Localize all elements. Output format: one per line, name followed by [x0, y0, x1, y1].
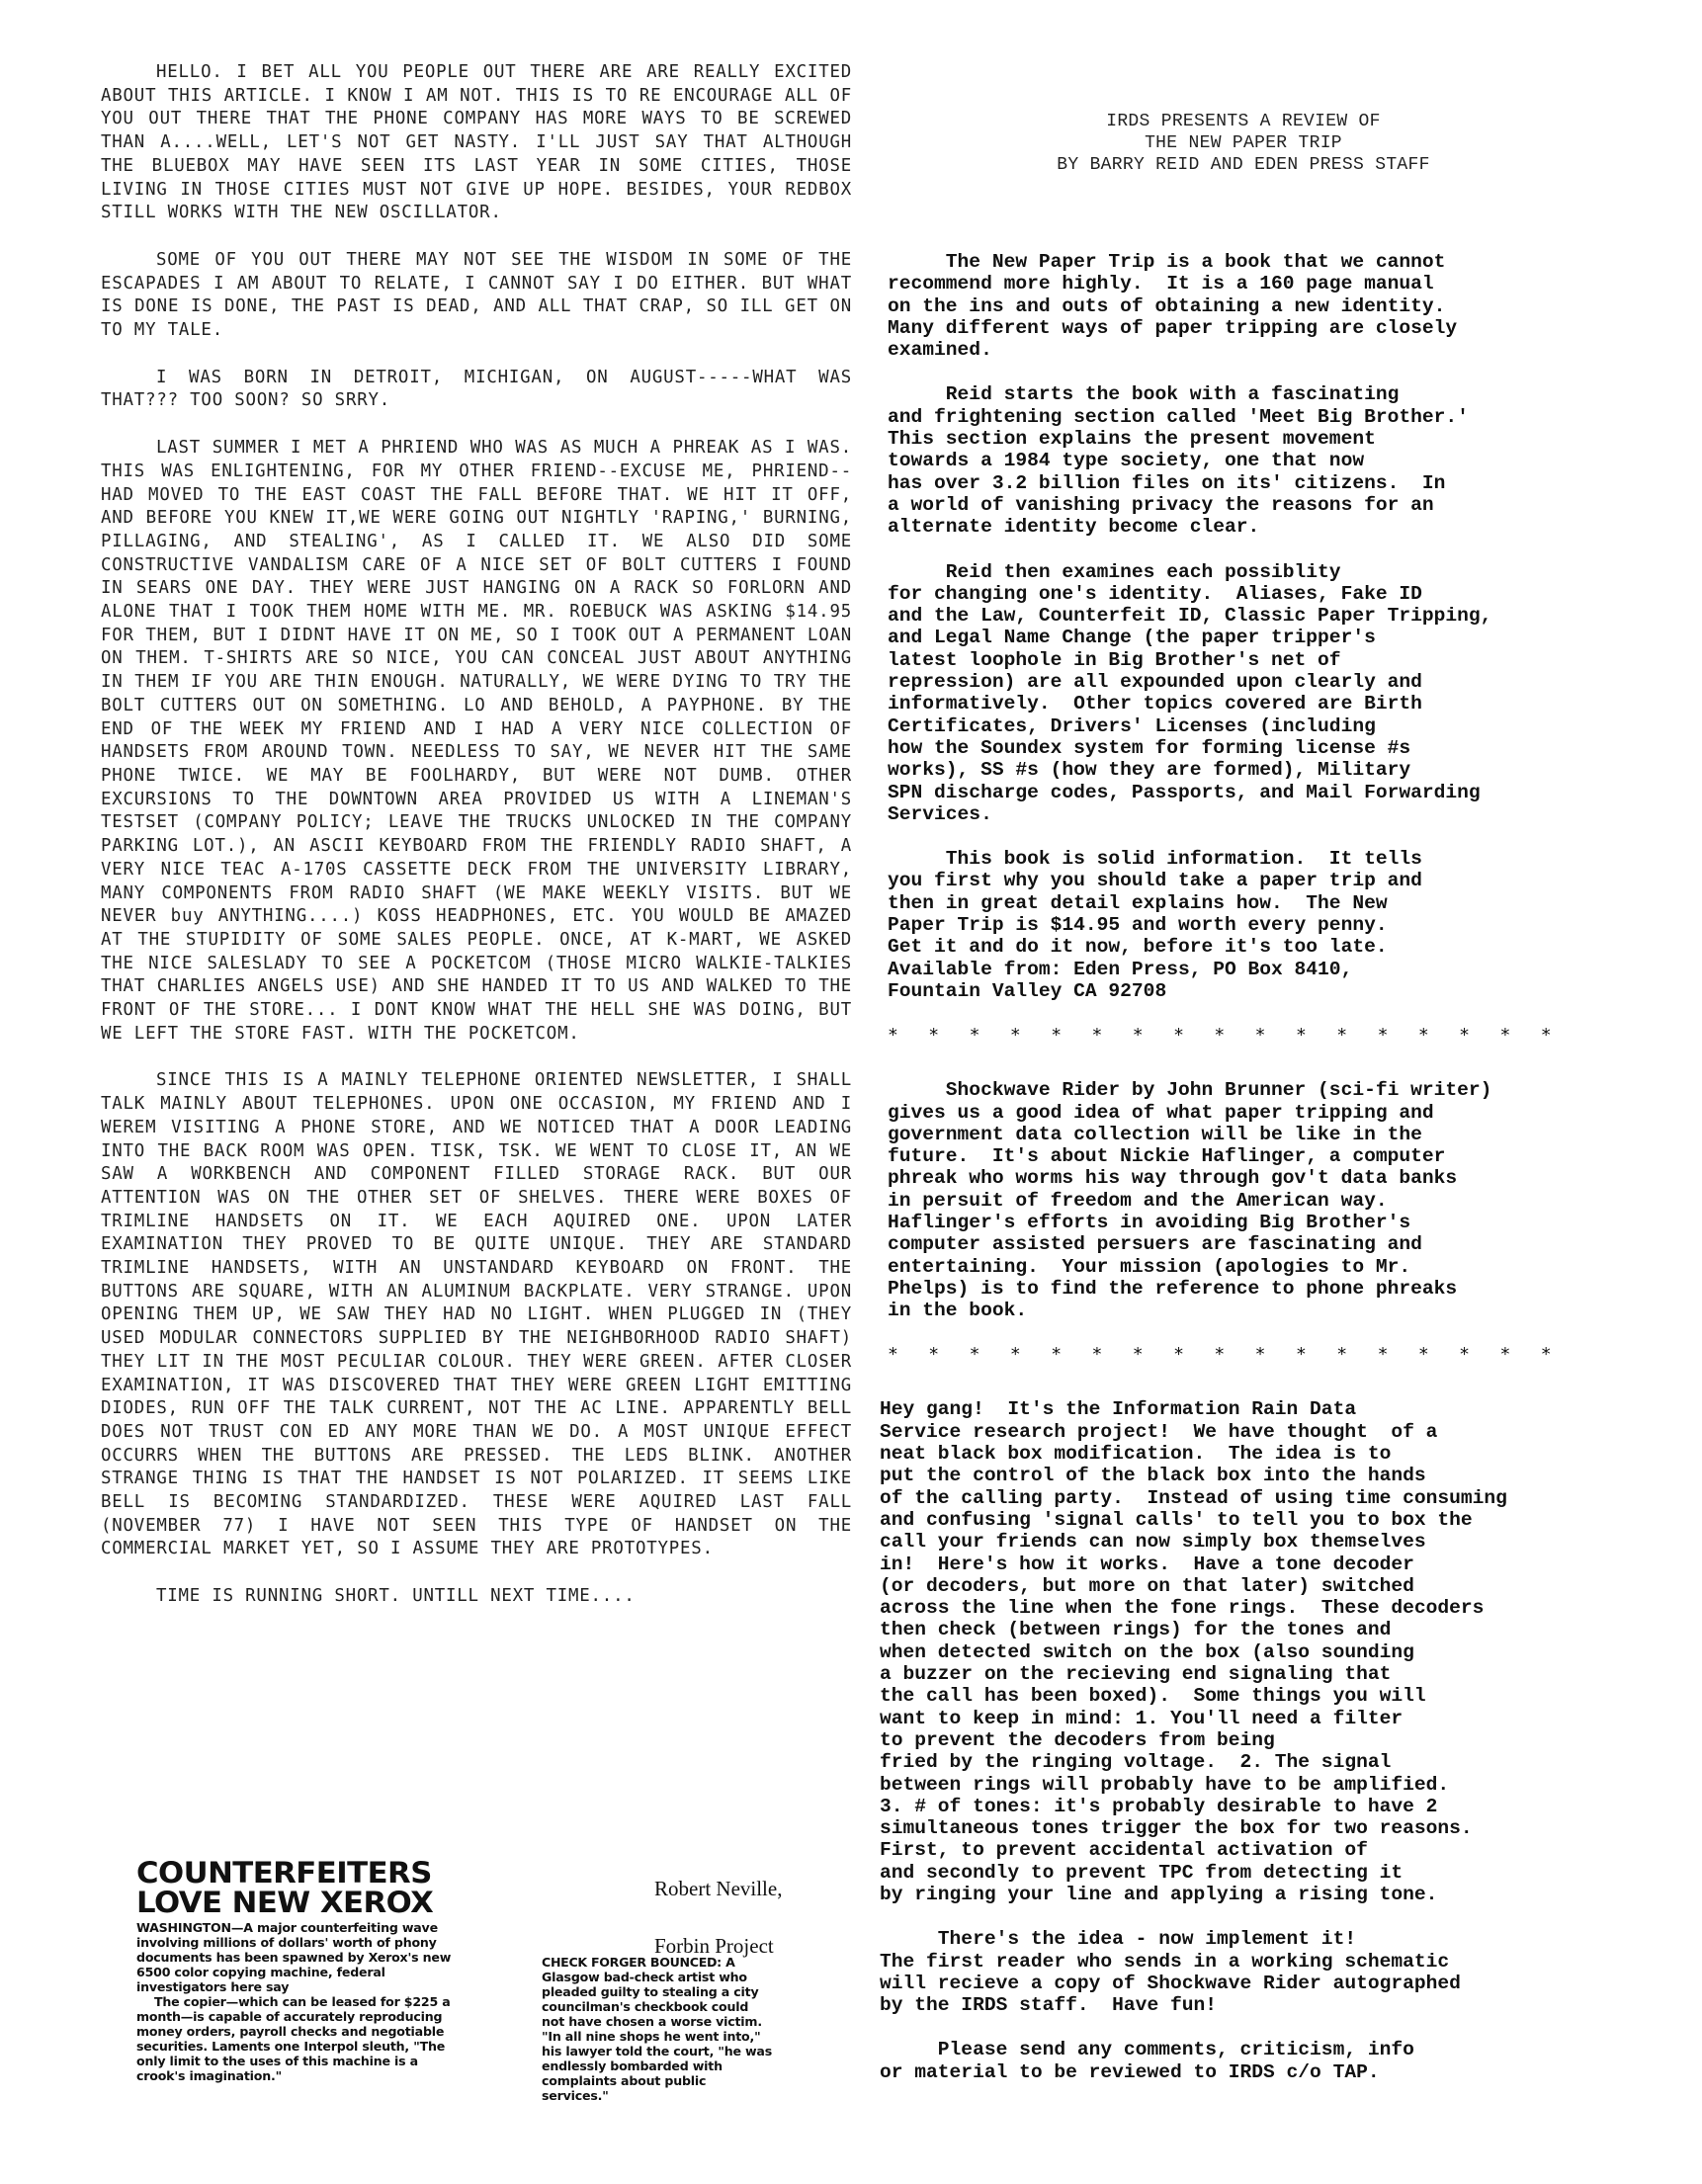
article-paragraph: SINCE THIS IS A MAINLY TELEPHONE ORIENTE…: [101, 1069, 852, 1561]
typed-line: latest loophole in Big Brother's net of: [888, 649, 1599, 671]
typed-line: future. It's about Nickie Haflinger, a c…: [888, 1145, 1599, 1167]
typed-line: a buzzer on the recieving end signaling …: [880, 1663, 1599, 1685]
typed-line: recommend more highly. It is a 160 page …: [888, 273, 1599, 294]
star-glyph: *: [1255, 1025, 1296, 1046]
typed-paragraph: Please send any comments, criticism, inf…: [880, 2039, 1599, 2083]
star-glyph: *: [1296, 1025, 1336, 1046]
typed-paragraph: Reid starts the book with a fascinatinga…: [888, 383, 1599, 538]
star-glyph: *: [1091, 1025, 1132, 1046]
separator-stars: *****************: [888, 1344, 1599, 1365]
star-glyph: *: [1214, 1025, 1254, 1046]
star-glyph: *: [1214, 1344, 1254, 1365]
star-glyph: *: [1336, 1025, 1377, 1046]
clipping-kicker: CHECK FORGER BOUNCED:: [542, 1955, 722, 1970]
typed-line: First, to prevent accidental activation …: [880, 1839, 1599, 1861]
typed-line: how the Soundex system for forming licen…: [888, 737, 1599, 759]
clipping-headline: COUNTERFEITERS LOVE NEW XEROX: [136, 1858, 471, 1917]
star-glyph: *: [1010, 1344, 1051, 1365]
typed-line: and frightening section called 'Meet Big…: [888, 406, 1599, 428]
article-paragraph: HELLO. I BET ALL YOU PEOPLE OUT THERE AR…: [101, 61, 852, 225]
review-heading-line: THE NEW PAPER TRIP: [888, 132, 1599, 154]
star-glyph: *: [970, 1025, 1010, 1046]
typed-line: and secondly to prevent TPC from detecti…: [880, 1862, 1599, 1884]
star-glyph: *: [1255, 1344, 1296, 1365]
phreak-article: HELLO. I BET ALL YOU PEOPLE OUT THERE AR…: [101, 61, 852, 1633]
typed-line: call your friends can now simply box the…: [880, 1531, 1599, 1553]
typed-line: between rings will probably have to be a…: [880, 1774, 1599, 1796]
star-glyph: *: [1541, 1344, 1581, 1365]
article-body: HELLO. I BET ALL YOU PEOPLE OUT THERE AR…: [101, 61, 852, 1609]
typed-line: Reid then examines each possiblity: [888, 561, 1599, 583]
typed-line: in the book.: [888, 1300, 1599, 1321]
headline-line: COUNTERFEITERS: [136, 1858, 471, 1888]
typed-line: and Legal Name Change (the paper tripper…: [888, 627, 1599, 648]
typed-line: in! Here's how it works. Have a tone dec…: [880, 1554, 1599, 1575]
typed-line: put the control of the black box into th…: [880, 1465, 1599, 1486]
headline-line: LOVE NEW XEROX: [136, 1888, 471, 1917]
typed-line: Hey gang! It's the Information Rain Data: [880, 1398, 1599, 1420]
typed-line: of the calling party. Instead of using t…: [880, 1487, 1599, 1509]
article-paragraph: SOME OF YOU OUT THERE MAY NOT SEE THE WI…: [101, 249, 852, 343]
typed-line: Get it and do it now, before it's too la…: [888, 936, 1599, 958]
typed-line: has over 3.2 billion files on its' citiz…: [888, 472, 1599, 494]
typed-line: informatively. Other topics covered are …: [888, 693, 1599, 714]
star-glyph: *: [1133, 1025, 1173, 1046]
typed-paragraph: Shockwave Rider by John Brunner (sci-fi …: [888, 1079, 1599, 1321]
clipping-body: WASHINGTON—A major counterfeiting wave i…: [136, 1920, 453, 2083]
typed-line: want to keep in mind: 1. You'll need a f…: [880, 1708, 1599, 1729]
star-glyph: *: [1133, 1344, 1173, 1365]
typed-line: Services.: [888, 803, 1599, 825]
typed-line: works), SS #s (how they are formed), Mil…: [888, 759, 1599, 781]
typed-line: Many different ways of paper tripping ar…: [888, 317, 1599, 339]
typed-line: This section explains the present moveme…: [888, 428, 1599, 450]
typed-line: and the Law, Counterfeit ID, Classic Pap…: [888, 605, 1599, 627]
typed-line: repression) are all expounded upon clear…: [888, 671, 1599, 693]
irds-review-column: IRDS PRESENTS A REVIEW OF THE NEW PAPER …: [888, 111, 1599, 2106]
star-glyph: *: [1541, 1025, 1581, 1046]
typed-line: Shockwave Rider by John Brunner (sci-fi …: [888, 1079, 1599, 1101]
review-heading-line: BY BARRY REID AND EDEN PRESS STAFF: [888, 154, 1599, 176]
star-glyph: *: [1459, 1025, 1499, 1046]
typed-paragraph: Reid then examines each possiblityfor ch…: [888, 561, 1599, 826]
typed-line: across the line when the fone rings. The…: [880, 1597, 1599, 1619]
typed-line: then in great detail explains how. The N…: [888, 892, 1599, 914]
clipping-check-forger: CHECK FORGER BOUNCED: A Glasgow bad-chec…: [542, 1955, 775, 2103]
typed-line: Service research project! We have though…: [880, 1421, 1599, 1443]
typed-line: and confusing 'signal calls' to tell you…: [880, 1509, 1599, 1531]
star-glyph: *: [970, 1344, 1010, 1365]
clipping-text: A Glasgow bad-check artist who pleaded g…: [542, 1955, 772, 2103]
typed-line: towards a 1984 type society, one that no…: [888, 450, 1599, 471]
star-glyph: *: [1499, 1025, 1540, 1046]
typed-line: Paper Trip is $14.95 and worth every pen…: [888, 914, 1599, 936]
star-glyph: *: [888, 1344, 928, 1365]
typed-line: by ringing your line and applying a risi…: [880, 1884, 1599, 1905]
star-glyph: *: [1418, 1344, 1459, 1365]
clipping-paragraph: WASHINGTON—A major counterfeiting wave i…: [136, 1920, 453, 1994]
typed-line: then check (between rings) for the tones…: [880, 1619, 1599, 1640]
typed-line: fried by the ringing voltage. 2. The sig…: [880, 1751, 1599, 1773]
star-glyph: *: [1459, 1344, 1499, 1365]
typed-line: neat black box modification. The idea is…: [880, 1443, 1599, 1465]
typed-paragraph: The New Paper Trip is a book that we can…: [888, 251, 1599, 361]
star-glyph: *: [1418, 1025, 1459, 1046]
shockwave-rider-review: Shockwave Rider by John Brunner (sci-fi …: [888, 1079, 1599, 1321]
typed-line: This book is solid information. It tells: [888, 848, 1599, 870]
typed-line: simultaneous tones trigger the box for t…: [880, 1817, 1599, 1839]
review-body: The New Paper Trip is a book that we can…: [888, 251, 1599, 1002]
typed-line: Haflinger's efforts in avoiding Big Brot…: [888, 1212, 1599, 1233]
typed-line: Please send any comments, criticism, inf…: [880, 2039, 1599, 2060]
typed-line: to prevent the decoders from being: [880, 1729, 1599, 1751]
star-glyph: *: [1051, 1025, 1091, 1046]
typed-line: or material to be reviewed to IRDS c/o T…: [880, 2061, 1599, 2083]
article-paragraph: LAST SUMMER I MET A PHRIEND WHO WAS AS M…: [101, 437, 852, 1046]
star-glyph: *: [1091, 1344, 1132, 1365]
typed-line: when detected switch on the box (also so…: [880, 1641, 1599, 1663]
clipping-counterfeiters-xerox: COUNTERFEITERS LOVE NEW XEROX WASHINGTON…: [136, 1858, 453, 2083]
author-name: Robert Neville,: [633, 1860, 830, 1917]
star-glyph: *: [1051, 1344, 1091, 1365]
separator-stars: *****************: [888, 1025, 1599, 1046]
typed-line: There's the idea - now implement it!: [880, 1928, 1599, 1950]
typed-paragraph: There's the idea - now implement it!The …: [880, 1928, 1599, 2016]
typed-paragraph: Hey gang! It's the Information Rain Data…: [880, 1398, 1599, 1905]
typed-line: The first reader who sends in a working …: [880, 1951, 1599, 1973]
typed-line: Reid starts the book with a fascinating: [888, 383, 1599, 405]
article-paragraph: I WAS BORN IN DETROIT, MICHIGAN, ON AUGU…: [101, 367, 852, 413]
star-glyph: *: [928, 1344, 969, 1365]
star-glyph: *: [1499, 1344, 1540, 1365]
review-heading: IRDS PRESENTS A REVIEW OF THE NEW PAPER …: [888, 111, 1599, 176]
typed-line: alternate identity become clear.: [888, 516, 1599, 538]
typed-line: Phelps) is to find the reference to phon…: [888, 1278, 1599, 1300]
star-glyph: *: [1378, 1025, 1418, 1046]
typed-line: you first why you should take a paper tr…: [888, 870, 1599, 891]
typed-line: SPN discharge codes, Passports, and Mail…: [888, 782, 1599, 803]
typed-line: on the ins and outs of obtaining a new i…: [888, 295, 1599, 317]
star-glyph: *: [1296, 1344, 1336, 1365]
typed-line: for changing one's identity. Aliases, Fa…: [888, 583, 1599, 605]
typed-line: will recieve a copy of Shockwave Rider a…: [880, 1973, 1599, 1994]
clipping-paragraph: The copier—which can be leased for $225 …: [136, 1994, 453, 2083]
typed-line: a world of vanishing privacy the reasons…: [888, 494, 1599, 516]
typed-line: by the IRDS staff. Have fun!: [880, 1994, 1599, 2016]
typed-line: The New Paper Trip is a book that we can…: [888, 251, 1599, 273]
typed-line: 3. # of tones: it's probably desirable t…: [880, 1796, 1599, 1817]
typed-line: examined.: [888, 339, 1599, 361]
typed-paragraph: This book is solid information. It tells…: [888, 848, 1599, 1002]
star-glyph: *: [1378, 1344, 1418, 1365]
star-glyph: *: [1336, 1344, 1377, 1365]
typed-line: Certificates, Drivers' Licenses (includi…: [888, 715, 1599, 737]
clipping-body: CHECK FORGER BOUNCED: A Glasgow bad-chec…: [542, 1955, 775, 2103]
typed-line: the call has been boxed). Some things yo…: [880, 1685, 1599, 1707]
typed-line: entertaining. Your mission (apologies to…: [888, 1256, 1599, 1278]
irds-project-text: Hey gang! It's the Information Rain Data…: [880, 1398, 1599, 2083]
star-glyph: *: [1173, 1344, 1214, 1365]
review-heading-line: IRDS PRESENTS A REVIEW OF: [888, 111, 1599, 132]
star-glyph: *: [928, 1025, 969, 1046]
star-glyph: *: [1173, 1025, 1214, 1046]
typed-line: in persuit of freedom and the American w…: [888, 1190, 1599, 1212]
typed-line: gives us a good idea of what paper tripp…: [888, 1102, 1599, 1124]
typed-line: phreak who worms his way through gov't d…: [888, 1167, 1599, 1189]
article-sign-off: TIME IS RUNNING SHORT. UNTILL NEXT TIME.…: [101, 1585, 852, 1609]
star-glyph: *: [1010, 1025, 1051, 1046]
typed-line: computer assisted persuers are fascinati…: [888, 1233, 1599, 1255]
typed-line: government data collection will be like …: [888, 1124, 1599, 1145]
typed-line: Fountain Valley CA 92708: [888, 980, 1599, 1002]
star-glyph: *: [888, 1025, 928, 1046]
typed-line: (or decoders, but more on that later) sw…: [880, 1575, 1599, 1597]
typed-line: Available from: Eden Press, PO Box 8410,: [888, 959, 1599, 980]
